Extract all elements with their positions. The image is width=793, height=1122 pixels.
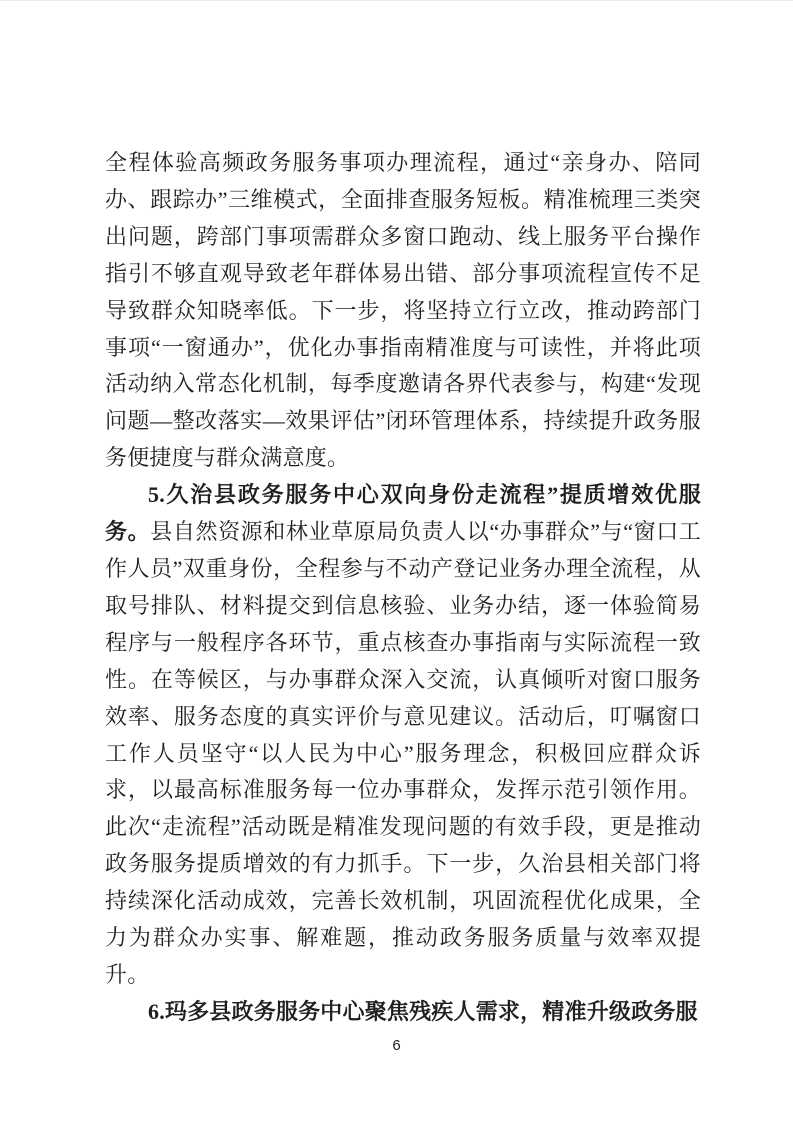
page-body: 全程体验高频政务服务事项办理流程，通过“亲身办、陪同办、跟踪办”三维模式，全面排…	[105, 145, 701, 1031]
page-footer: 6	[0, 1037, 793, 1055]
item-5-body-text: 县自然资源和林业草原局负责人以“办事群众”与“窗口工作人员”双重身份，全程参与不…	[105, 519, 701, 987]
item-6-heading: 6.玛多县政务服务中心聚焦残疾人需求，精准升级政务服	[148, 999, 698, 1024]
page-number: 6	[392, 1037, 400, 1054]
paragraph-item-5: 5.久治县政务服务中心双向身份走流程”提质增效优服务。县自然资源和林业草原局负责…	[105, 477, 701, 994]
paragraph-item-6: 6.玛多县政务服务中心聚焦残疾人需求，精准升级政务服	[105, 994, 701, 1031]
paragraph-continuation: 全程体验高频政务服务事项办理流程，通过“亲身办、陪同办、跟踪办”三维模式，全面排…	[105, 145, 701, 477]
page-top-edge	[0, 0, 793, 1]
document-page: 全程体验高频政务服务事项办理流程，通过“亲身办、陪同办、跟踪办”三维模式，全面排…	[0, 0, 793, 1122]
